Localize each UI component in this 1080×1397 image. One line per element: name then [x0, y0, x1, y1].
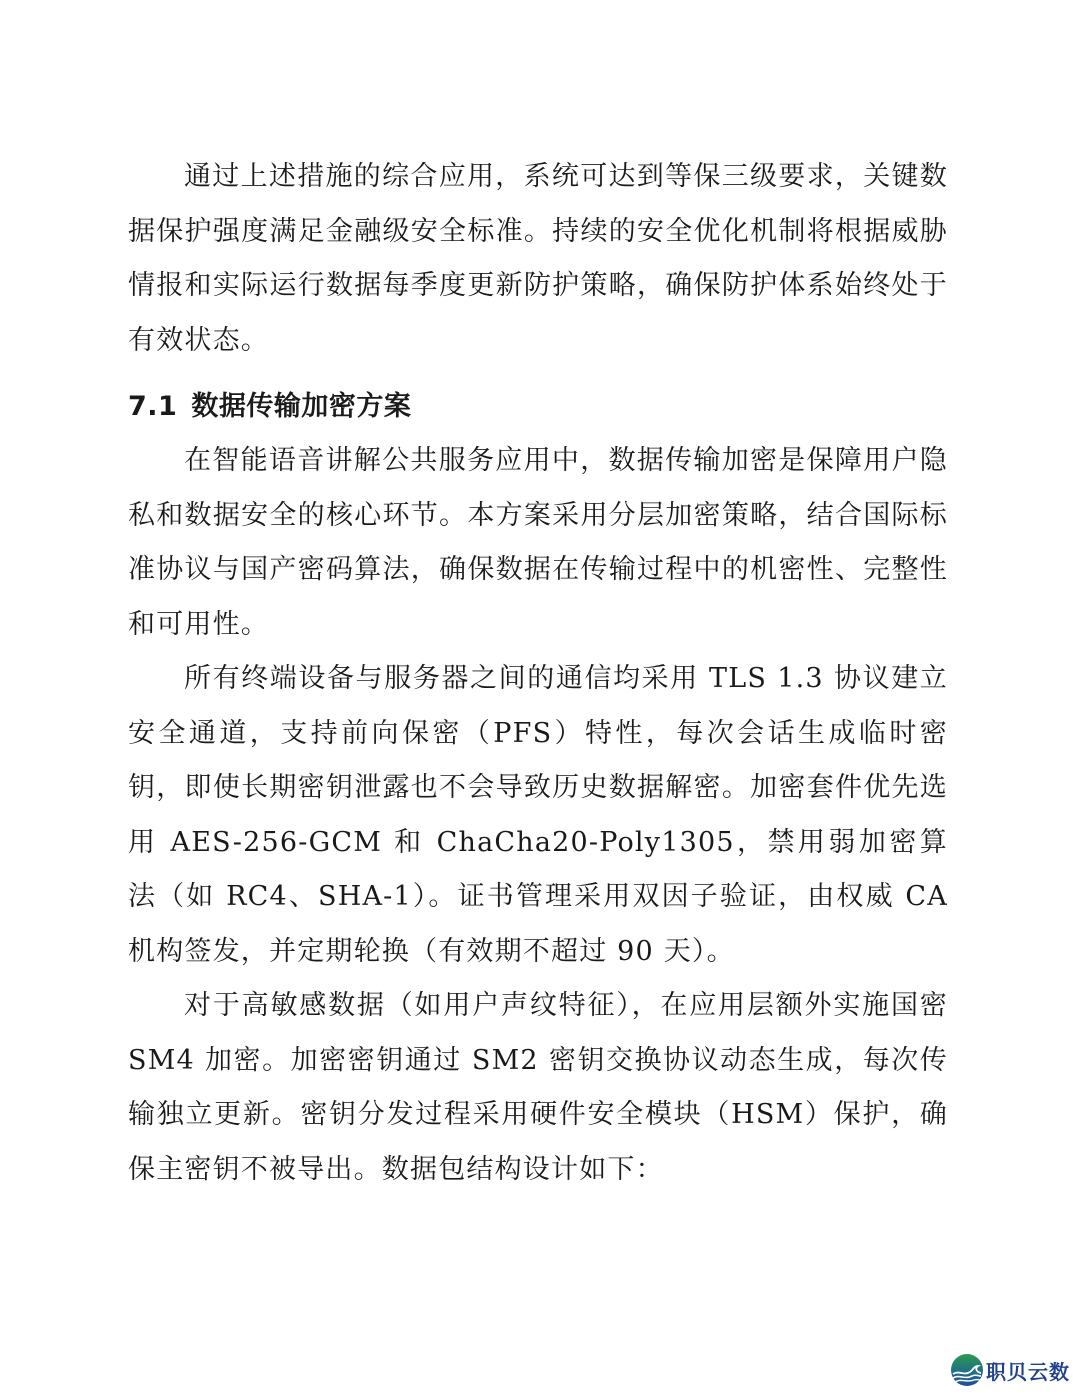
- document-page: 通过上述措施的综合应用，系统可达到等保三级要求，关键数据保护强度满足金融级安全标…: [128, 150, 948, 1197]
- section-title: 数据传输加密方案: [191, 391, 411, 422]
- body-paragraph-1: 在智能语音讲解公共服务应用中，数据传输加密是保障用户隐私和数据安全的核心环节。本…: [128, 434, 948, 652]
- intro-paragraph: 通过上述措施的综合应用，系统可达到等保三级要求，关键数据保护强度满足金融级安全标…: [128, 150, 948, 368]
- section-number: 7.1: [128, 391, 177, 422]
- watermark-logo: 职贝云数: [950, 1353, 1070, 1387]
- body-paragraph-2: 所有终端设备与服务器之间的通信均采用 TLS 1.3 协议建立安全通道，支持前向…: [128, 652, 948, 979]
- wave-globe-logo-icon: [950, 1353, 984, 1387]
- watermark-text: 职贝云数: [986, 1356, 1070, 1385]
- section-heading: 7.1数据传输加密方案: [128, 368, 948, 434]
- body-paragraph-3: 对于高敏感数据（如用户声纹特征），在应用层额外实施国密 SM4 加密。加密密钥通…: [128, 979, 948, 1197]
